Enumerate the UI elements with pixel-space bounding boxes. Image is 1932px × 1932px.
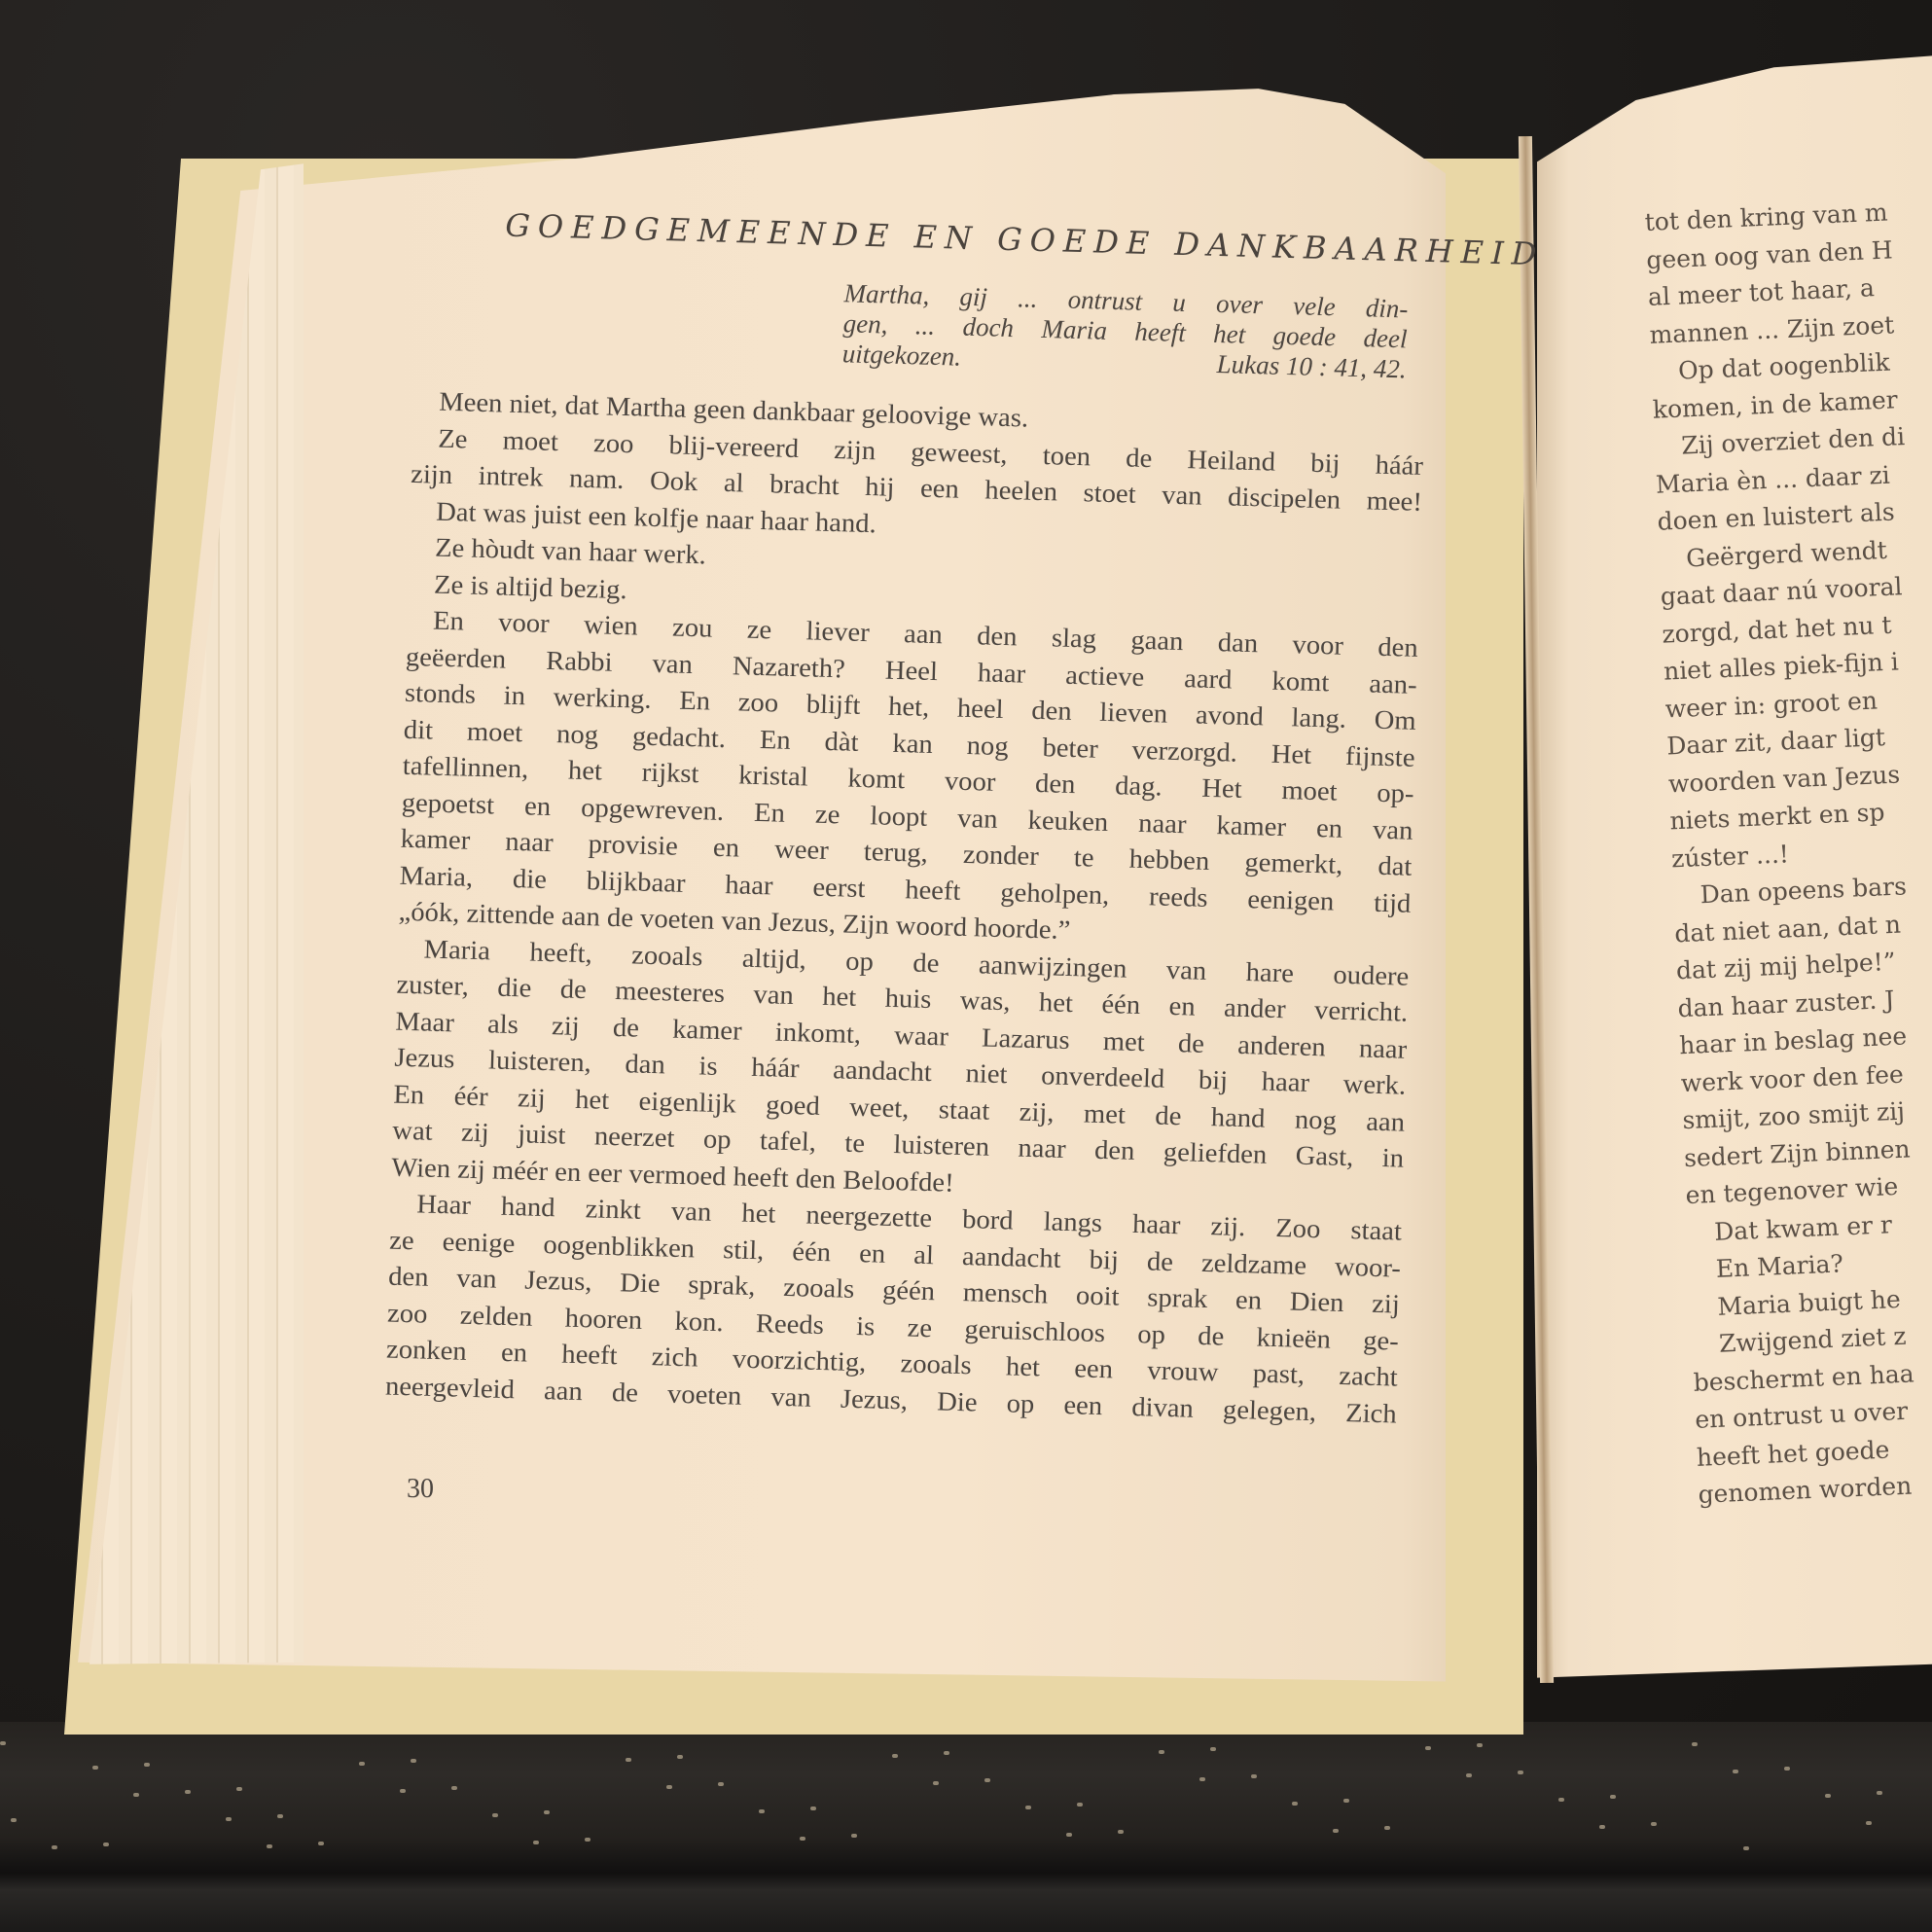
wood-speck (533, 1841, 539, 1844)
wood-speck (759, 1809, 765, 1813)
left-page-text: GOEDGEMEENDE EN GOEDE DANKBAARHEID Marth… (385, 204, 1411, 1431)
wood-speck (451, 1786, 457, 1790)
page-number: 30 (407, 1474, 434, 1505)
wood-speck (1025, 1806, 1031, 1809)
wood-speck (411, 1759, 416, 1763)
wood-speck (144, 1763, 150, 1767)
wood-speck (1159, 1750, 1164, 1754)
epigraph: Martha, gij ... ontrust u over vele din-… (841, 278, 1408, 384)
wood-speck (1077, 1803, 1083, 1807)
wood-speck (226, 1817, 232, 1821)
wood-speck (1518, 1771, 1523, 1774)
wood-speck (0, 1741, 6, 1745)
wood-speck (544, 1810, 550, 1814)
wood-speck (1784, 1767, 1790, 1771)
wood-speck (1343, 1799, 1349, 1803)
bible-reference: Lukas 10 : 41, 42. (1216, 349, 1407, 384)
wood-speck (585, 1838, 590, 1842)
wood-speck (1477, 1743, 1483, 1747)
wood-speck (800, 1837, 805, 1841)
wood-speck (492, 1813, 498, 1817)
wood-speck (1610, 1795, 1616, 1799)
wood-speck (984, 1778, 990, 1782)
wood-speck (1118, 1830, 1124, 1834)
wood-speck (1692, 1742, 1698, 1746)
wood-speck (236, 1787, 242, 1791)
wood-speck (277, 1814, 283, 1818)
wood-speck (718, 1782, 724, 1786)
wood-speck (892, 1754, 898, 1758)
wood-speck (318, 1842, 324, 1845)
wood-speck (810, 1807, 816, 1810)
wood-speck (1558, 1798, 1564, 1802)
epigraph-line: uitgekozen. (841, 339, 961, 372)
wood-speck (133, 1793, 139, 1797)
wood-speck (185, 1790, 191, 1794)
wood-speck (1199, 1777, 1205, 1781)
wood-speck (400, 1789, 406, 1793)
wood-speck (52, 1845, 57, 1849)
wood-speck (1743, 1846, 1749, 1850)
wood-speck (1733, 1770, 1738, 1773)
wood-speck (103, 1843, 109, 1846)
wood-speck (1333, 1829, 1339, 1833)
wood-speck (944, 1751, 949, 1755)
wood-speck (1651, 1822, 1657, 1826)
wood-speck (359, 1762, 365, 1766)
wood-speck (666, 1785, 672, 1789)
wood-speck (1877, 1791, 1882, 1795)
wood-speck (1066, 1833, 1072, 1837)
wood-speck (1466, 1773, 1472, 1777)
wood-speck (1384, 1826, 1390, 1830)
wood-speck (1292, 1802, 1298, 1806)
wood-speck (626, 1758, 631, 1762)
wood-speck (1825, 1794, 1831, 1798)
wood-speck (677, 1755, 683, 1759)
wood-speck (1425, 1746, 1431, 1750)
wood-speck (11, 1818, 17, 1822)
body-text: Meen niet, dat Martha geen dankbaar gelo… (385, 382, 1425, 1432)
wood-speck (92, 1766, 98, 1770)
wood-speck (267, 1844, 272, 1848)
wood-speck (1599, 1825, 1605, 1829)
wood-speck (933, 1781, 939, 1785)
wood-speck (1251, 1774, 1257, 1778)
wood-speck (1866, 1821, 1872, 1825)
wood-speck (851, 1834, 857, 1838)
wood-speck (1210, 1747, 1216, 1751)
wooden-ledge (0, 1722, 1932, 1932)
